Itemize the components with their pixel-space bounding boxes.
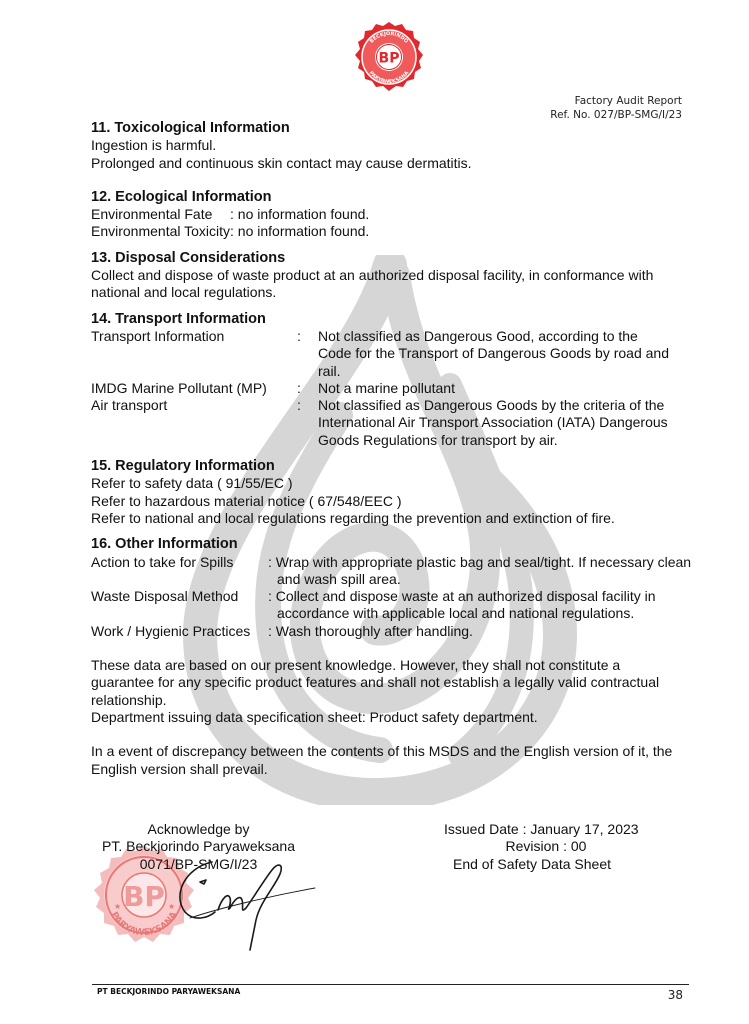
footer-company: PT BECKJORINDO PARYAWEKSANA (97, 987, 240, 996)
row-key: Action to take for Spills (91, 554, 268, 589)
regulatory-line: Refer to safety data ( 91/55/EC ) (91, 475, 696, 492)
department-line: Department issuing data specification sh… (91, 709, 696, 726)
acknowledge-label: Acknowledge by (91, 821, 306, 838)
row-value: Not classified as Dangerous Good, accord… (318, 328, 673, 380)
toxicological-line: Prolonged and continuous skin contact ma… (91, 155, 696, 172)
row-key: Waste Disposal Method (91, 588, 268, 623)
issue-info-block: Issued Date : January 17, 2023 Revision … (440, 821, 658, 873)
other-row: Action to take for Spills : Wrap with ap… (91, 554, 696, 589)
transport-row: IMDG Marine Pollutant (MP) : Not a marin… (91, 380, 696, 397)
svg-text:★: ★ (114, 902, 121, 911)
ecological-row: Environmental Fate : no information foun… (91, 206, 696, 223)
document-body: 11. Toxicological Information Ingestion … (91, 120, 696, 778)
issued-date: Issued Date : January 17, 2023 (440, 821, 658, 838)
row-value: : Collect and dispose waste at an author… (268, 588, 697, 623)
row-separator: : (297, 380, 318, 397)
footer-divider (92, 984, 689, 985)
row-separator: : (297, 328, 318, 380)
row-key: Environmental Fate (91, 206, 230, 223)
section-other: 16. Other Information Action to take for… (91, 536, 696, 640)
row-key: Air transport (91, 397, 297, 449)
section-toxicological: 11. Toxicological Information Ingestion … (91, 120, 696, 172)
other-row: Waste Disposal Method : Collect and disp… (91, 588, 696, 623)
signature-icon (160, 850, 320, 955)
row-value: Not classified as Dangerous Goods by the… (318, 397, 678, 449)
row-separator: : (297, 397, 318, 449)
row-value: : Wrap with appropriate plastic bag and … (268, 554, 697, 589)
row-key: Work / Hygienic Practices (91, 623, 268, 640)
section-disposal: 13. Disposal Considerations Collect and … (91, 250, 696, 302)
transport-row: Air transport : Not classified as Danger… (91, 397, 696, 449)
regulatory-line: Refer to national and local regulations … (91, 510, 696, 527)
row-value: : no information found. (230, 223, 696, 240)
section-title: 11. Toxicological Information (91, 120, 696, 137)
svg-text:BP: BP (379, 51, 400, 67)
disposal-text: Collect and dispose of waste product at … (91, 267, 681, 302)
other-row: Work / Hygienic Practices : Wash thoroug… (91, 623, 696, 640)
disclaimer: These data are based on our present know… (91, 657, 696, 778)
discrepancy-paragraph: In a event of discrepancy between the co… (91, 743, 686, 778)
section-transport: 14. Transport Information Transport Info… (91, 311, 696, 449)
row-key: Transport Information (91, 328, 297, 380)
transport-row: Transport Information : Not classified a… (91, 328, 696, 380)
section-title: 16. Other Information (91, 536, 696, 553)
section-title: 15. Regulatory Information (91, 458, 696, 475)
disclaimer-paragraph: These data are based on our present know… (91, 657, 676, 709)
row-key: IMDG Marine Pollutant (MP) (91, 380, 297, 397)
row-value: : Wash thoroughly after handling. (268, 623, 696, 640)
ecological-row: Environmental Toxicity : no information … (91, 223, 696, 240)
section-regulatory: 15. Regulatory Information Refer to safe… (91, 458, 696, 527)
row-key: Environmental Toxicity (91, 223, 230, 240)
row-value: Not a marine pollutant (318, 380, 696, 397)
row-value: : no information found. (230, 206, 696, 223)
section-title: 12. Ecological Information (91, 189, 696, 206)
report-title: Factory Audit Report (550, 94, 682, 108)
section-ecological: 12. Ecological Information Environmental… (91, 189, 696, 241)
company-seal-icon: BP BECKJORINDO PARYAWEKSANA (350, 20, 428, 94)
section-title: 14. Transport Information (91, 311, 696, 328)
report-header: Factory Audit Report Ref. No. 027/BP-SMG… (550, 94, 682, 122)
end-of-sheet: End of Safety Data Sheet (440, 856, 658, 873)
revision: Revision : 00 (434, 838, 658, 855)
document-page: BP BECKJORINDO PARYAWEKSANA Factory Audi… (0, 0, 749, 1024)
toxicological-line: Ingestion is harmful. (91, 137, 696, 154)
regulatory-line: Refer to hazardous material notice ( 67/… (91, 493, 696, 510)
page-number: 38 (668, 988, 683, 1002)
section-title: 13. Disposal Considerations (91, 250, 696, 267)
svg-text:BP: BP (123, 880, 165, 913)
